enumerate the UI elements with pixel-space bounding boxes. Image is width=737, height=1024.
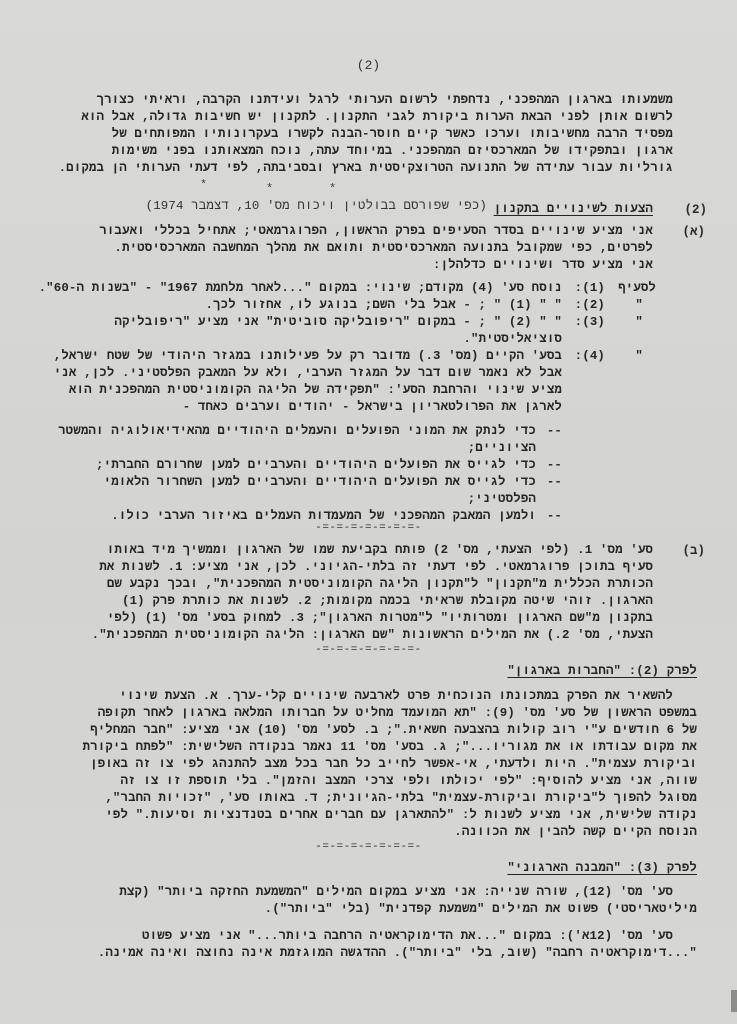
text-line: מסוגל להפוך ל"ביקורת וביקורת-עצמית" בלתי… <box>105 790 697 807</box>
divider: -=-=-=-=-=-=-=- <box>0 841 737 853</box>
text-line: הארגון. זוהי שיטה מקובלת שראיתי בכמה מקו… <box>122 593 653 610</box>
divider: -=-=-=-=-=-=-=- <box>0 522 737 534</box>
clause-text: בסע' הקיים (מס' 3.) מדובר רק על פעילותנו… <box>54 348 562 365</box>
text-line: "...דימוקראטיה רחבה" (שוב, בלי "ביותר").… <box>98 945 697 962</box>
text-line: לפרטים, כפי שמקובל בתנועה המארכסיסטית ות… <box>114 240 653 257</box>
text-line: נקודה שלישית, אני מציע לשנות ל: "להתארגן… <box>105 807 697 824</box>
text-line: מפסיד הרבה מחשיבותו וערכו כאשר קיים חוסר… <box>112 126 673 143</box>
page-edge-shadow <box>731 990 737 1012</box>
clause-number: (4): <box>575 348 605 365</box>
chapter-heading: לפרק (3): "המבנה הארגוני" <box>507 860 697 877</box>
text-line: הצעתי, מס' 2.) את המילים הראשונות "שם הא… <box>92 627 653 644</box>
text-line: מיליטאריסטי) פשוט את המילים "משמעת קפדני… <box>265 901 697 918</box>
text-line: שווה, אני מציע להוסיף: "לפי יכולתו ולפי … <box>120 773 697 790</box>
text-line: סע' מס' (12א'): במקום "...את הדימוקראטיה… <box>142 928 673 945</box>
text-line: מציע שינוי והרחבת הסע': "תפקידה של הליגה… <box>69 382 562 399</box>
text-line: בתקנון מ"שם הארגון ומטרותיו" ל"מטרות האר… <box>107 610 653 627</box>
text-line: במשפט הראשון של סע' מס' (9): "תא המועמד … <box>98 705 697 722</box>
clause-text: סוציאליסטית". <box>463 331 562 348</box>
star-mark: * <box>329 182 336 196</box>
clause-prefix: " <box>635 297 643 314</box>
source-note: (כפי שפורסם בבולטין ויכוח מס' 10, דצמבר … <box>146 198 487 215</box>
text-line: הנוסח הקיים קשה להבין את הכוונה. <box>454 824 697 841</box>
clause-number: (2): <box>575 297 605 314</box>
clause-text: " " (1) " ; - אבל בלי השם; בנוגע לו, אחז… <box>205 297 562 314</box>
clause-text: נוסח סע' (4) מקודם; שינוי: במקום "...לאח… <box>39 280 562 297</box>
text-line: גורליות עבור עתידה של התנועה הטרוצקיסטית… <box>59 160 673 177</box>
clause-text: " " (2) " ; - במקום "ריפובליקה סוביטית" … <box>114 314 562 331</box>
text-line: אני מציע שינויים בסדר הסעיפים בפרק הראשו… <box>99 223 653 240</box>
clause-prefix: " <box>635 348 643 365</box>
bullet-dash: -- <box>547 457 562 474</box>
star-mark: * <box>266 182 273 196</box>
text-line: לארגן את הפרולטאריון בישראל - יהודים וער… <box>183 399 562 416</box>
text-line: סעיף בתוכן פרוגרמאטי. לפי דעתי זה בלתי-ה… <box>99 559 653 576</box>
bullet-text: הציוניים; <box>468 440 536 457</box>
clause-number: (3): <box>575 314 605 331</box>
text-line: אבל לא נאמר שום דבר על המגזר הערבי, ולא … <box>54 365 562 382</box>
clause-prefix: לסעיף <box>618 280 656 297</box>
section-number: (2) <box>684 203 707 217</box>
bullet-text: כדי לגייס את הפועלים היהודיים והערביים ל… <box>104 474 536 491</box>
clause-prefix: " <box>635 314 643 331</box>
text-line: משמעותו בארגון המהפכני, נדחפתי לרשום הער… <box>96 92 673 109</box>
document-page: (2) משמעותו בארגון המהפכני, נדחפתי לרשום… <box>0 0 737 1024</box>
bullet-dash: -- <box>547 423 562 440</box>
chapter-heading: לפרק (2): "החברות בארגון" <box>507 663 697 680</box>
text-line: וביקורת עצמית". היות ולדעתי, אי-אפשר לחי… <box>90 756 697 773</box>
text-line: של 6 חודשים ע"י רוב קולות בהצבעה חשאית."… <box>90 722 697 739</box>
bullet-dash: -- <box>547 474 562 491</box>
text-line: הכותרת הכללית מ"תקנון" ל"תקנון הליגה הקו… <box>107 576 653 593</box>
text-line: סע' מס' 1. (לפי הצעתי, מס' 2) פותח בקביע… <box>107 542 653 559</box>
text-line: סע' מס' (12), שורה שנייה: אני מציע במקום… <box>119 884 673 901</box>
bullet-text: כדי לנתק את המוני הפועלים והעמלים היהודי… <box>58 423 536 440</box>
section-title: הצעות לשינויים בתקנון <box>494 201 653 218</box>
divider: -=-=-=-=-=-=-=- <box>0 644 737 656</box>
text-line: את מקום עבודתו או את מגוריו..."; ג. בסע'… <box>83 739 697 756</box>
text-line: אני מציע סדר ושינויים כדלהלן: <box>433 257 653 274</box>
part-marker: (ב) <box>682 544 705 558</box>
text-line: להשאיר את הפרק במתכונתו הנוכחית פרט לארב… <box>119 688 673 705</box>
clause-number: (1): <box>575 280 605 297</box>
bullet-text: כדי לגייס את הפועלים היהודיים והערביים ל… <box>96 457 536 474</box>
bullet-text: הפלסטיני; <box>468 491 536 508</box>
part-marker: (א) <box>682 225 705 239</box>
star-mark: * <box>200 178 207 192</box>
text-line: ארגון ובתפקידו של המארכסיזם המהפכני. במי… <box>112 143 673 160</box>
text-line: לרשום אותן לפני הבאת הערות ביקורת לגבי ה… <box>81 109 673 126</box>
page-number: (2) <box>0 58 737 73</box>
